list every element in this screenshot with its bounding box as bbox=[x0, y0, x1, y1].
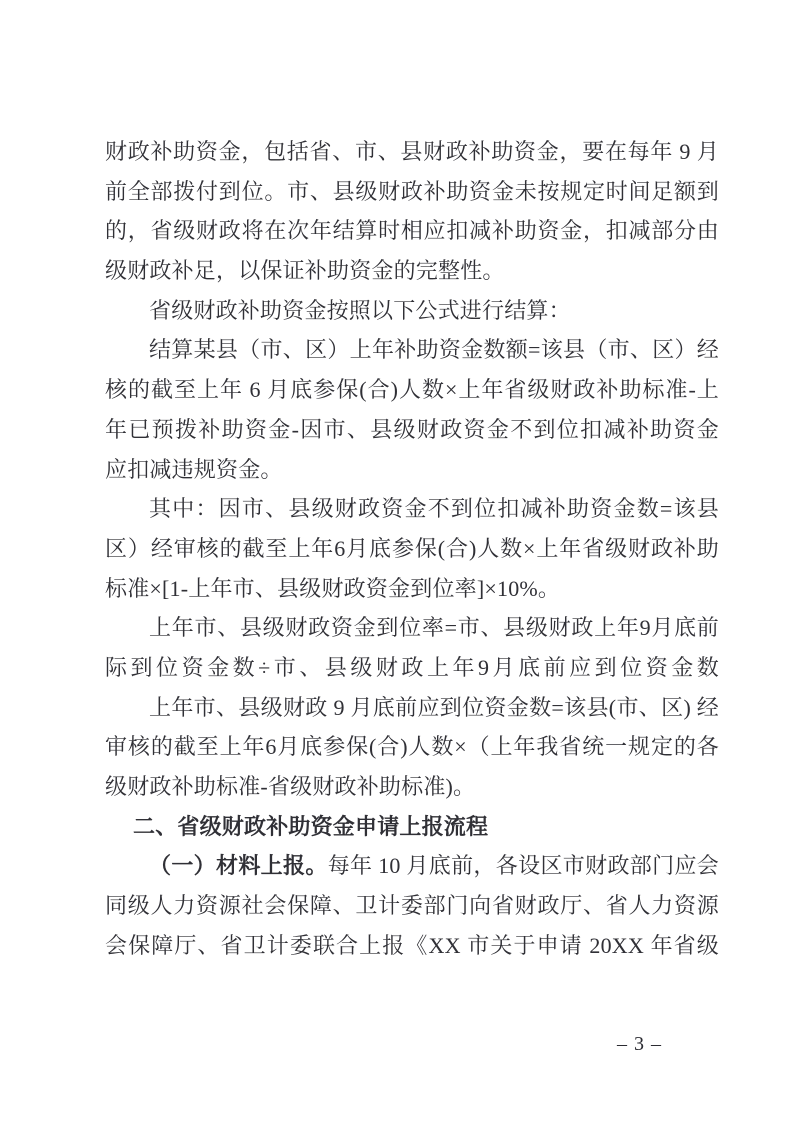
text-line: 审核的截至上年6月底参保(合)人数×（上年我省统一规定的各 bbox=[105, 727, 719, 767]
section-heading: 二、省级财政补助资金申请上报流程 bbox=[105, 807, 719, 847]
subsection-lead: （一）材料上报。 bbox=[149, 853, 328, 878]
text-line: 应扣减违规资金。 bbox=[105, 450, 719, 490]
text-line: 同级人力资源社会保障、卫计委部门向省财政厅、省人力资源社 bbox=[105, 886, 719, 926]
text-line: 区）经审核的截至上年6月底参保(合)人数×上年省级财政补助 bbox=[105, 529, 719, 569]
document-page: 财政补助资金，包括省、市、县财政补助资金，要在每年 9 月底 前全部拨付到位。市… bbox=[0, 0, 800, 1131]
text-line: 结算某县（市、区）上年补助资金数额=该县（市、区）经审 bbox=[105, 330, 719, 370]
text-line: 上年市、县级财政 9 月底前应到位资金数=该县(市、区) 经 bbox=[105, 688, 719, 728]
text-line: 前全部拨付到位。市、县级财政补助资金未按规定时间足额到位 bbox=[105, 172, 719, 212]
text-line: 上年市、县级财政资金到位率=市、县级财政上年9月底前实 bbox=[105, 608, 719, 648]
text-line: 会保障厅、省卫计委联合上报《XX 市关于申请 20XX 年省级财政 bbox=[105, 926, 719, 966]
document-body: 财政补助资金，包括省、市、县财政补助资金，要在每年 9 月底 前全部拨付到位。市… bbox=[105, 132, 719, 965]
page-number: – 3 – bbox=[617, 1033, 662, 1055]
text-line: 标准×[1-上年市、县级财政资金到位率]×10%。 bbox=[105, 569, 719, 609]
text-line: 核的截至上年 6 月底参保(合)人数×上年省级财政补助标准-上 bbox=[105, 370, 719, 410]
text-line: 财政补助资金，包括省、市、县财政补助资金，要在每年 9 月底 bbox=[105, 132, 719, 172]
text-line: 级财政补足，以保证补助资金的完整性。 bbox=[105, 251, 719, 291]
text-line: 年已预拨补助资金-因市、县级财政资金不到位扣减补助资金数- bbox=[105, 410, 719, 450]
text-line: （一）材料上报。每年 10 月底前，各设区市财政部门应会同 bbox=[105, 846, 719, 886]
text-line: 际到位资金数÷市、县级财政上年9月底前应到位资金数×100%。 bbox=[105, 648, 719, 688]
text-line: 其中：因市、县级财政资金不到位扣减补助资金数=该县（市、 bbox=[105, 489, 719, 529]
text-line: 的，省级财政将在次年结算时相应扣减补助资金，扣减部分由同 bbox=[105, 211, 719, 251]
text-line: 省级财政补助资金按照以下公式进行结算： bbox=[105, 291, 719, 331]
text-line: 级财政补助标准-省级财政补助标准)。 bbox=[105, 767, 719, 807]
